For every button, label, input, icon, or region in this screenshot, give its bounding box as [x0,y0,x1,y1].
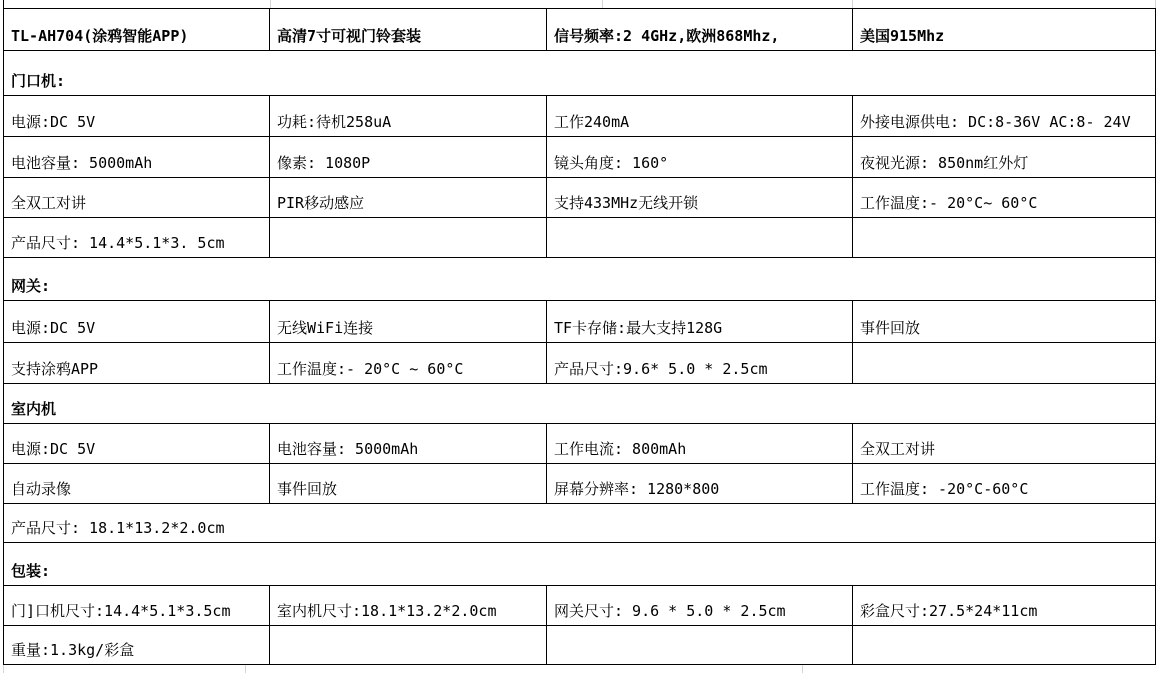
gridline [245,665,246,673]
spec-cell: 电池容量: 5000mAh [4,137,270,177]
spec-row: 门]口机尺寸:14.4*5.1*3.5cm 室内机尺寸:18.1*13.2*2.… [4,586,1155,626]
spec-cell: 无线WiFi连接 [270,301,547,342]
spec-cell: 屏幕分辨率: 1280*800 [547,464,853,503]
spec-cell: 电源:DC 5V [4,96,270,136]
spec-cell: 夜视光源: 850nm红外灯 [853,137,1155,177]
spec-row: 电源:DC 5V 无线WiFi连接 TF卡存储:最大支持128G 事件回放 [4,301,1155,343]
spec-cell [853,626,1155,664]
spec-cell: 工作温度: -20°C-60°C [853,464,1155,503]
spec-cell: 电源:DC 5V [4,301,270,342]
spec-cell: TF卡存储:最大支持128G [547,301,853,342]
spec-cell: 产品尺寸: 14.4*5.1*3. 5cm [4,218,270,257]
spec-cell: 事件回放 [853,301,1155,342]
gridline [3,0,4,8]
spec-cell: 产品尺寸: 18.1*13.2*2.0cm [4,504,1155,542]
spec-cell: 支持433MHz无线开锁 [547,178,853,217]
spec-row: 电池容量: 5000mAh 像素: 1080P 镜头角度: 160° 夜视光源:… [4,137,1155,178]
header-cell: 美国915Mhz [853,9,1155,50]
spec-row: 重量:1.3kg/彩盒 [4,626,1155,664]
spec-table: TL-AH704(涂鸦智能APP) 高清7寸可视门铃套装 信号频率:2 4GHz… [3,8,1156,665]
spec-cell: 工作电流: 800mAh [547,424,853,463]
spec-cell: 工作温度:- 20°C~ 60°C [853,178,1155,217]
spec-cell: 外接电源供电: DC:8-36V AC:8- 24V [853,96,1155,136]
gridline [270,0,271,8]
spec-cell: 产品尺寸:9.6* 5.0 * 2.5cm [547,343,853,383]
spec-cell: 彩盒尺寸:27.5*24*11cm [853,586,1155,625]
spec-cell: 工作240mA [547,96,853,136]
spec-cell: 门]口机尺寸:14.4*5.1*3.5cm [4,586,270,625]
section-row-packaging: 包装: [4,543,1155,586]
spec-cell: 电源:DC 5V [4,424,270,463]
spec-row: 支持涂鸦APP 工作温度:- 20°C ~ 60°C 产品尺寸:9.6* 5.0… [4,343,1155,384]
spec-row: 电源:DC 5V 电池容量: 5000mAh 工作电流: 800mAh 全双工对… [4,424,1155,464]
spec-cell: 支持涂鸦APP [4,343,270,383]
spec-row: 产品尺寸: 14.4*5.1*3. 5cm [4,218,1155,258]
spec-cell: 功耗:待机258uA [270,96,547,136]
gridline [852,0,853,8]
header-cell: TL-AH704(涂鸦智能APP) [4,9,270,50]
spec-cell: 重量:1.3kg/彩盒 [4,626,270,664]
spec-cell [853,343,1155,383]
spec-cell: 像素: 1080P [270,137,547,177]
spec-cell: 室内机尺寸:18.1*13.2*2.0cm [270,586,547,625]
spec-cell [547,626,853,664]
gridline [802,665,803,673]
gridline [602,0,603,8]
section-row-indoor-unit: 室内机 [4,384,1155,424]
section-label: 室内机 [4,384,1155,423]
section-row-gateway: 网关: [4,258,1155,301]
spec-cell: 镜头角度: 160° [547,137,853,177]
spec-cell [270,218,547,257]
spec-cell [547,218,853,257]
header-cell: 信号频率:2 4GHz,欧洲868Mhz, [547,9,853,50]
spec-cell [853,218,1155,257]
section-label: 门口机: [4,51,1155,95]
header-cell: 高清7寸可视门铃套装 [270,9,547,50]
spec-cell: 全双工对讲 [4,178,270,217]
spec-row: 电源:DC 5V 功耗:待机258uA 工作240mA 外接电源供电: DC:8… [4,96,1155,137]
section-label: 包装: [4,543,1155,585]
spreadsheet-page: TL-AH704(涂鸦智能APP) 高清7寸可视门铃套装 信号频率:2 4GHz… [0,0,1160,673]
section-label: 网关: [4,258,1155,300]
header-row: TL-AH704(涂鸦智能APP) 高清7寸可视门铃套装 信号频率:2 4GHz… [4,9,1155,51]
spec-row: 全双工对讲 PIR移动感应 支持433MHz无线开锁 工作温度:- 20°C~ … [4,178,1155,218]
spec-cell: 工作温度:- 20°C ~ 60°C [270,343,547,383]
spec-cell: PIR移动感应 [270,178,547,217]
spec-cell: 全双工对讲 [853,424,1155,463]
spec-cell: 自动录像 [4,464,270,503]
spec-row: 自动录像 事件回放 屏幕分辨率: 1280*800 工作温度: -20°C-60… [4,464,1155,504]
section-row-door-unit: 门口机: [4,51,1155,96]
spec-cell: 网关尺寸: 9.6 * 5.0 * 2.5cm [547,586,853,625]
spec-row-full: 产品尺寸: 18.1*13.2*2.0cm [4,504,1155,543]
spec-cell: 电池容量: 5000mAh [270,424,547,463]
spec-cell [270,626,547,664]
spec-cell: 事件回放 [270,464,547,503]
gridline [1155,0,1156,8]
gridline [3,665,4,673]
